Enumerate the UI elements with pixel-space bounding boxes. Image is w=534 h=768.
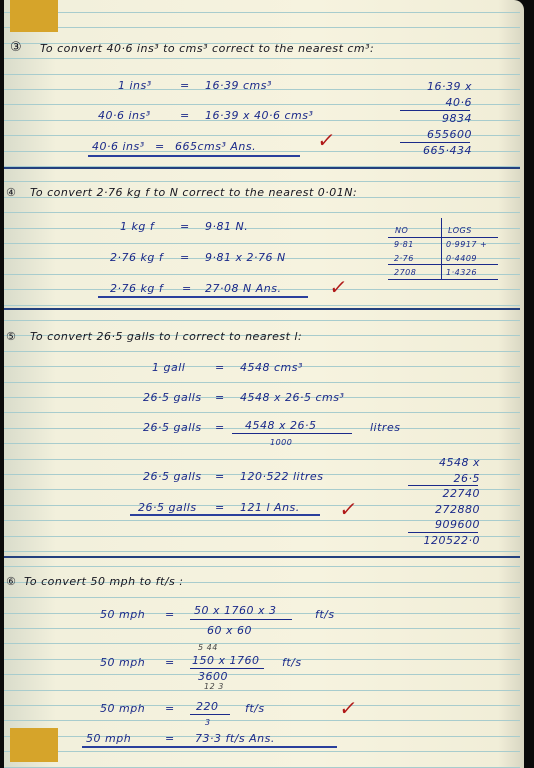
eq-lhs: 50 mph xyxy=(100,656,145,669)
log-table-cell: 0·4409 xyxy=(446,254,477,263)
working-line: 40·6 xyxy=(446,96,473,109)
eq-lhs: 50 mph xyxy=(100,702,145,715)
ruled-line xyxy=(4,27,520,28)
table-rule xyxy=(388,264,498,265)
answer-underline xyxy=(98,296,308,298)
working-line: 16·39 x xyxy=(427,80,472,93)
fraction-unit: ft/s xyxy=(282,656,302,669)
working-line: 120522·0 xyxy=(424,534,481,547)
working-line: 272880 xyxy=(435,503,480,516)
ruled-line xyxy=(4,566,520,567)
working-rule xyxy=(408,485,478,486)
cancel-annotation: 5 44 xyxy=(198,643,218,652)
eq-lhs: 1 ins³ xyxy=(118,79,152,92)
log-table-cell: 9·81 xyxy=(394,240,414,249)
working-line: 909600 xyxy=(435,518,480,531)
fraction-numerator: 220 xyxy=(196,700,219,713)
answer-lhs: 2·76 kg f xyxy=(110,282,163,295)
table-rule xyxy=(388,279,498,280)
ruled-line xyxy=(4,243,520,244)
ruled-line xyxy=(4,104,520,105)
ruled-line xyxy=(4,58,520,59)
log-table-cell: 1·4326 xyxy=(446,268,477,277)
notebook-scan: ③ To convert 40·6 ins³ to cms³ correct t… xyxy=(0,0,534,768)
ruled-line xyxy=(4,351,520,352)
fraction-numerator: 150 x 1760 xyxy=(192,654,260,667)
section-separator xyxy=(4,308,520,310)
ruled-line xyxy=(4,212,520,213)
eq-sign: = xyxy=(180,109,190,122)
log-table-header: LOGS xyxy=(448,226,472,235)
eq-rhs: 16·39 x 40·6 cms³ xyxy=(205,109,313,122)
section-separator xyxy=(4,167,520,169)
eq-lhs: 2·76 kg f xyxy=(110,251,163,264)
eq-lhs: 26·5 galls xyxy=(143,470,202,483)
ruled-line xyxy=(4,382,520,383)
eq-sign: = xyxy=(180,220,190,233)
problem-heading: To convert 2·76 kg f to N correct to the… xyxy=(30,186,357,199)
problem-number-circle: ③ xyxy=(10,40,22,55)
ruled-line xyxy=(4,597,520,598)
fraction-numerator: 4548 x 26·5 xyxy=(245,419,317,432)
answer-rhs: 27·08 N Ans. xyxy=(205,282,281,295)
table-rule xyxy=(388,237,498,238)
page-tab-top xyxy=(10,0,58,32)
eq-sign: = xyxy=(165,608,175,621)
eq-sign: = xyxy=(180,251,190,264)
ruled-line xyxy=(4,12,520,13)
answer-lhs: 50 mph xyxy=(86,732,131,745)
eq-lhs: 26·5 galls xyxy=(143,391,202,404)
problem-number: ⑥ xyxy=(6,575,16,588)
eq-lhs: 1 gall xyxy=(152,361,185,374)
answer-underline xyxy=(130,514,320,516)
problem-number: ⑤ xyxy=(6,330,16,343)
eq-sign: = xyxy=(165,732,175,745)
answer-rhs: 121 l Ans. xyxy=(240,501,300,514)
eq-rhs: 120·522 litres xyxy=(240,470,323,483)
fraction-bar xyxy=(190,619,292,620)
fraction-unit: litres xyxy=(370,421,400,434)
eq-sign: = xyxy=(215,470,225,483)
answer-rhs: 665cms³ Ans. xyxy=(175,140,256,153)
working-line: 9834 xyxy=(442,112,472,125)
log-table-cell: 2·76 xyxy=(394,254,414,263)
ruled-line xyxy=(4,228,520,229)
ruled-line xyxy=(4,751,520,752)
eq-sign: = xyxy=(165,656,175,669)
eq-lhs: 1 kg f xyxy=(120,220,154,233)
answer-lhs: 40·6 ins³ xyxy=(92,140,145,153)
eq-rhs: 4548 cms³ xyxy=(240,361,303,374)
answer-underline xyxy=(88,155,300,157)
ruled-line xyxy=(4,443,520,444)
working-rule xyxy=(408,532,478,533)
ruled-line xyxy=(4,659,520,660)
fraction-bar xyxy=(232,433,352,434)
eq-lhs: 26·5 galls xyxy=(143,421,202,434)
page-tab-bottom xyxy=(10,728,58,762)
working-line: 655600 xyxy=(427,128,472,141)
working-rule xyxy=(400,142,470,143)
eq-sign: = xyxy=(215,501,225,514)
answer-rhs: 73·3 ft/s Ans. xyxy=(195,732,275,745)
ruled-line xyxy=(4,274,520,275)
ruled-line xyxy=(4,320,520,321)
fraction-denominator: 60 x 60 xyxy=(207,624,252,637)
fraction-denominator: 3 xyxy=(205,718,211,727)
eq-rhs: 9·81 N. xyxy=(205,220,248,233)
eq-rhs: 16·39 cms³ xyxy=(205,79,272,92)
table-divider xyxy=(441,218,442,280)
fraction-numerator: 50 x 1760 x 3 xyxy=(194,604,277,617)
fraction-bar xyxy=(190,668,264,669)
section-separator xyxy=(4,556,520,558)
eq-sign: = xyxy=(182,282,192,295)
eq-sign: = xyxy=(215,361,225,374)
fraction-unit: ft/s xyxy=(315,608,335,621)
problem-heading: To convert 40·6 ins³ to cms³ correct to … xyxy=(40,42,374,55)
ruled-line xyxy=(4,674,520,675)
working-line: 26·5 xyxy=(454,472,481,485)
ruled-line xyxy=(4,551,520,552)
fraction-denominator: 1000 xyxy=(270,438,292,447)
log-table-cell: 0·9917 + xyxy=(446,240,487,249)
eq-sign: = xyxy=(215,391,225,404)
problem-number: ④ xyxy=(6,186,16,199)
ruled-line xyxy=(4,74,520,75)
eq-lhs: 50 mph xyxy=(100,608,145,621)
eq-rhs: 4548 x 26·5 cms³ xyxy=(240,391,344,404)
eq-lhs: 40·6 ins³ xyxy=(98,109,151,122)
working-line: 4548 x xyxy=(439,456,480,469)
ruled-line xyxy=(4,305,520,306)
ruled-line xyxy=(4,720,520,721)
answer-underline xyxy=(82,746,337,748)
problem-heading: To convert 50 mph to ft/s : xyxy=(24,575,183,588)
eq-sign: = xyxy=(180,79,190,92)
fraction-unit: ft/s xyxy=(245,702,265,715)
eq-rhs: 9·81 x 2·76 N xyxy=(205,251,286,264)
working-line: 22740 xyxy=(443,487,481,500)
problem-heading: To convert 26·5 galls to l correct to ne… xyxy=(30,330,302,343)
cancel-annotation: 12 3 xyxy=(204,682,224,691)
log-table-cell: 2708 xyxy=(394,268,416,277)
ruled-line xyxy=(4,628,520,629)
working-line: 665·434 xyxy=(423,144,472,157)
ruled-line xyxy=(4,643,520,644)
ruled-line xyxy=(4,181,520,182)
log-table-header: NO xyxy=(395,226,408,235)
eq-sign: = xyxy=(155,140,165,153)
eq-sign: = xyxy=(215,421,225,434)
working-rule xyxy=(400,110,470,111)
ruled-line xyxy=(4,412,520,413)
ruled-line xyxy=(4,690,520,691)
eq-sign: = xyxy=(165,702,175,715)
answer-lhs: 26·5 galls xyxy=(138,501,197,514)
fraction-bar xyxy=(190,714,230,715)
